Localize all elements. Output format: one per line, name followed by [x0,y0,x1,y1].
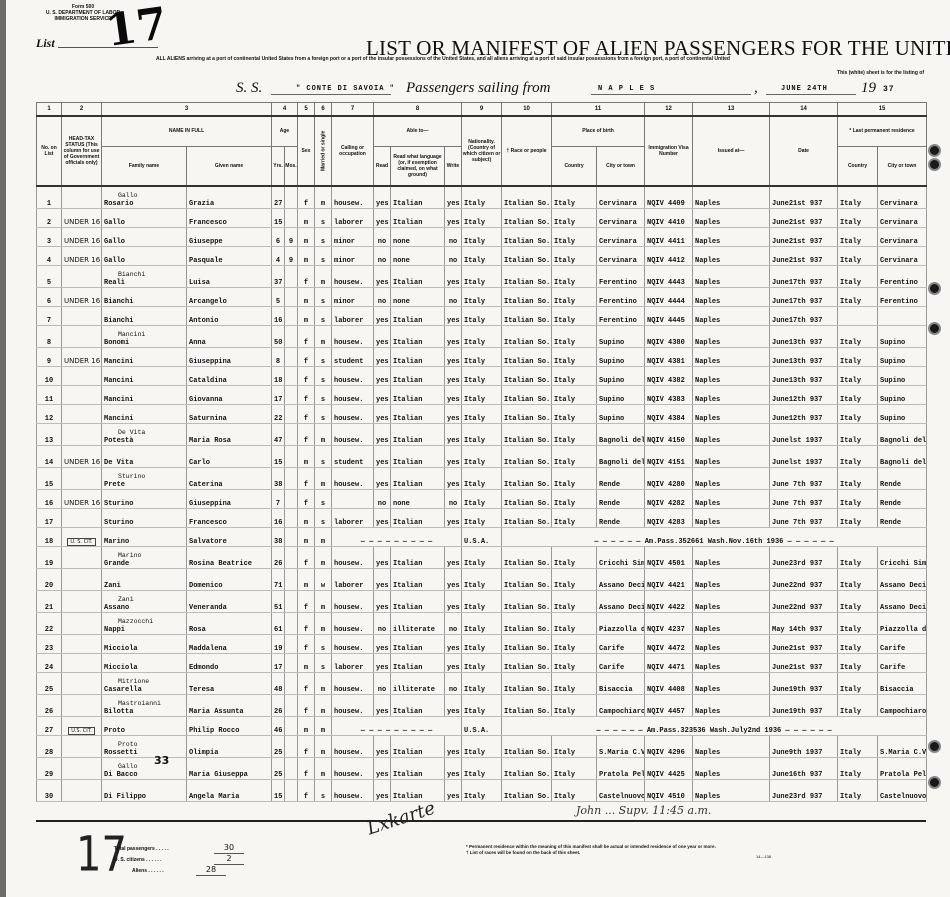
cell-bcountry: Italy [552,634,597,653]
cell-issued: Naples [693,246,770,265]
punch-hole-icon [928,740,941,753]
family-name: Realì [104,279,125,287]
cell-rcity: Bisaccia [878,672,927,694]
cell-head-tax [62,325,102,347]
cell-rcountry: Italy [838,634,878,653]
cell-read: no [374,489,391,508]
cell-visa: NQIV 4380 [645,325,693,347]
cell-write: no [445,246,462,265]
cell-sex: m [298,227,315,246]
maiden-name: Zani [104,596,184,604]
cell-ms: m [315,672,332,694]
margin-stamp: 33 [154,754,169,767]
cell-sex: f [298,757,315,779]
cell-date: June22nd 937 [770,568,838,590]
cell-race: Italian So. [502,347,552,366]
cell-sex: m [298,445,315,467]
cell-date: June13th 937 [770,325,838,347]
cell-issued: Naples [693,672,770,694]
colnum: 1 [37,103,62,117]
column-numbers-row: 1 2 3 4 5 6 7 8 9 10 11 12 13 14 15 [37,103,927,117]
cell-head-tax: UNDER 16 [62,227,102,246]
cell-visa: NQIV 4412 [645,246,693,265]
cell-nat: Italy [462,568,502,590]
header-name-in-full: NAME IN FULL [102,116,272,146]
cell-visa: NQIV 4409 [645,186,693,208]
cell-nat: Italy [462,423,502,445]
cell-no: 5 [37,265,62,287]
cell-lang: Italian [391,423,445,445]
cell-visa: NQIV 4425 [645,757,693,779]
header-read: Read [374,146,391,186]
cell-head-tax [62,423,102,445]
cell-yrs: 71 [272,568,285,590]
form-code: 14—138 [756,854,771,859]
cell-issued: Naples [693,508,770,527]
under-16-stamp: UNDER 16 [64,458,100,466]
us-citizen-stamp: U. S. CIT. [67,538,95,546]
cell-head-tax [62,590,102,612]
cell-nat: Italy [462,546,502,568]
cell-given: Giuseppina [187,347,272,366]
cell-race: Italian So. [502,546,552,568]
cell-yrs: 15 [272,779,285,801]
cell-write: yes [445,653,462,672]
cell-ms: m [315,735,332,757]
cell-no: 10 [37,366,62,385]
sailing-date: JUNE 24TH [781,85,828,93]
maiden-name: Proto [104,741,184,749]
cell-given: Grazia [187,186,272,208]
cell-family-name: Mancini [102,366,187,385]
header-age: Age [272,116,298,146]
sheet-note: This (white) sheet is for the listing of [837,70,924,76]
cell-nat: Italy [462,366,502,385]
family-name: Nappi [104,626,125,634]
cell-rcountry [838,306,878,325]
cell-issued: Naples [693,366,770,385]
cell-no: 18 [37,527,62,546]
cell-rcountry: Italy [838,246,878,265]
under-16-stamp: UNDER 16 [64,297,100,305]
cell-no: 6 [37,287,62,306]
cell-calling: housew. [332,467,374,489]
table-row: 21ZaniAssanoVeneranda51fmhousew.yesItali… [37,590,927,612]
cell-sex: f [298,186,315,208]
cell-rcity: Bagnoli del Trigno [878,423,927,445]
cell-head-tax [62,735,102,757]
cell-ms: m [315,467,332,489]
cell-family-name: MitrioneCasarella [102,672,187,694]
table-row: 9UNDER 16ManciniGiuseppina8fsstudentyesI… [37,347,927,366]
cell-head-tax: UNDER 16 [62,208,102,227]
cell-race: Italian So. [502,246,552,265]
cell-given: Veneranda [187,590,272,612]
cell-sex: f [298,489,315,508]
cell-date: June 7th 937 [770,467,838,489]
family-name: Mancini [104,396,133,404]
cell-yrs: 50 [272,325,285,347]
table-row: 17SturinoFrancesco16mslaboreryesItaliany… [37,508,927,527]
cell-family-name: ZaniAssano [102,590,187,612]
cell-no: 26 [37,694,62,716]
punch-hole-icon [928,776,941,789]
cell-rcountry: Italy [838,779,878,801]
cell-rcity: Cricchi Simeri [878,546,927,568]
cell-ms: s [315,347,332,366]
cell-bcity: Cricchi Simeri [597,546,645,568]
cell-race: Italian So. [502,590,552,612]
cell-bcountry: Italy [552,366,597,385]
family-name: Rossetti [104,749,138,757]
cell-rcity: Ferentino [878,287,927,306]
cell-visa: NQIV 4411 [645,227,693,246]
cell-head-tax [62,612,102,634]
cell-no: 24 [37,653,62,672]
cell-bcountry: Italy [552,735,597,757]
cell-rcity: Supino [878,366,927,385]
cell-race: Italian So. [502,467,552,489]
cell-calling: housew. [332,186,374,208]
cell-family-name: Proto [102,716,187,735]
cell-nat: Italy [462,227,502,246]
punch-hole-icon [928,144,941,157]
cell-rcountry: Italy [838,568,878,590]
cell-rcountry: Italy [838,404,878,423]
table-row: 29GalloDi BaccoMaria Giuseppa25fmhousew.… [37,757,927,779]
header-res-city: City or town [878,146,927,186]
cell-read: yes [374,634,391,653]
cell-family-name: Bianchi [102,287,187,306]
cell-lang: none [391,287,445,306]
cell-date: June22nd 937 [770,590,838,612]
cell-bcity: Rende [597,467,645,489]
cell-family-name: De Vita [102,445,187,467]
cell-given: Giovanna [187,385,272,404]
cell-given: Luisa [187,265,272,287]
cell-write: no [445,672,462,694]
maiden-name: Mazzocchi [104,618,184,626]
maiden-name: Sturino [104,473,184,481]
cell-visa: NQIV 4408 [645,672,693,694]
cell-calling: housew. [332,735,374,757]
cell-race: Italian So. [502,265,552,287]
cell-bcountry: Italy [552,757,597,779]
cell-bcity: Supino [597,347,645,366]
cell-passport: — — — — — — Am.Pass.352661 Wash.Nov.16th… [502,527,927,546]
cell-given: Saturnina [187,404,272,423]
cell-bcity: Rende [597,508,645,527]
maiden-name: Mastroianni [104,700,184,708]
cell-rcity: Cervinara [878,186,927,208]
cell-mos [285,325,298,347]
cell-no: 3 [37,227,62,246]
header-given-name: Given name [187,146,272,186]
cell-no: 8 [37,325,62,347]
cell-visa: NQIV 4282 [645,489,693,508]
cell-no: 13 [37,423,62,445]
cell-mos [285,757,298,779]
header-issued-at: Issued at— [693,116,770,186]
cell-race: Italian So. [502,779,552,801]
cell-calling: housew. [332,546,374,568]
cell-race: Italian So. [502,757,552,779]
cell-rcity: Carife [878,634,927,653]
cell-head-tax: UNDER 16 [62,287,102,306]
table-row: 25MitrioneCasarellaTeresa48fmhousew.noil… [37,672,927,694]
cell-calling [332,489,374,508]
cell-visa: NQIV 4421 [645,568,693,590]
cell-date: June12th 937 [770,385,838,404]
colnum: 13 [693,103,770,117]
cell-visa: NQIV 4444 [645,287,693,306]
cell-issued: Naples [693,735,770,757]
cell-nat: Italy [462,612,502,634]
passport-info: Am.Pass.323536 Wash.July2nd 1936 [647,727,781,735]
cell-visa: NQIV 4443 [645,265,693,287]
cell-lang: illiterate [391,672,445,694]
cell-rcountry: Italy [838,423,878,445]
cell-head-tax [62,653,102,672]
cell-write: no [445,489,462,508]
cell-given: Anna [187,325,272,347]
cell-rcountry: Italy [838,546,878,568]
colnum: 8 [374,103,462,117]
cell-sex: m [298,527,315,546]
table-row: 26MastroianniBilottaMaria Assunta26fmhou… [37,694,927,716]
column-header-row-1: No. on List HEAD-TAX STATUS (This column… [37,116,927,146]
cell-visa: NQIV 4151 [645,445,693,467]
cell-nat: Italy [462,445,502,467]
cell-sex: f [298,385,315,404]
cell-ms: s [315,287,332,306]
cell-sex: f [298,265,315,287]
cell-race: Italian So. [502,653,552,672]
cell-rcity: Rende [878,508,927,527]
cell-visa: NQIV 4383 [645,385,693,404]
cell-bcity: Assano Decimo [597,590,645,612]
cell-write: yes [445,404,462,423]
cell-no: 7 [37,306,62,325]
cell-bcountry: Italy [552,445,597,467]
cell-yrs: 25 [272,735,285,757]
family-name: Bianchi [104,298,133,306]
cell-no: 1 [37,186,62,208]
header-yrs: Yrs. [272,146,285,186]
family-name: Prete [104,481,125,489]
cell-rcity [878,306,927,325]
colnum: 7 [332,103,374,117]
cell-yrs: 17 [272,653,285,672]
us-citizen-stamp: U.S. CIT. [68,727,95,735]
family-name: Casarella [104,686,142,694]
cell-lang: Italian [391,208,445,227]
cell-date: June17th 937 [770,306,838,325]
cell-bcity: S.Maria C.V. [597,735,645,757]
cell-rcity: Ferentino [878,265,927,287]
cell-yrs: 18 [272,366,285,385]
cell-read: yes [374,779,391,801]
cell-rcountry: Italy [838,347,878,366]
cell-no: 21 [37,590,62,612]
header-family-name: Family name [102,146,187,186]
cell-rcity: Bagnoli del Trigno [878,445,927,467]
cell-visa: NQIV 4150 [645,423,693,445]
table-row: 27U.S. CIT.ProtoPhilip Rocco46mm— — — — … [37,716,927,735]
cell-write: yes [445,590,462,612]
cell-head-tax [62,404,102,423]
cell-bcountry: Italy [552,653,597,672]
cell-race: Italian So. [502,227,552,246]
cell-issued: Naples [693,590,770,612]
cell-issued: Naples [693,445,770,467]
cell-read: yes [374,347,391,366]
cell-lang: Italian [391,186,445,208]
cell-race: Italian So. [502,445,552,467]
cell-bcountry: Italy [552,779,597,801]
cell-read: yes [374,404,391,423]
family-name: Gallo [104,257,125,265]
cell-sex: f [298,423,315,445]
cell-bcountry: Italy [552,590,597,612]
passenger-table: 1 2 3 4 5 6 7 8 9 10 11 12 13 14 15 [36,102,927,802]
cell-given: Caterina [187,467,272,489]
cell-write: yes [445,694,462,716]
cell-head-tax [62,568,102,590]
cell-read: yes [374,186,391,208]
cell-read: yes [374,546,391,568]
family-name: Sturino [104,519,133,527]
cell-family-name: MarinoGrande [102,546,187,568]
cell-mos [285,404,298,423]
cell-given: Arcangelo [187,287,272,306]
colnum: 4 [272,103,298,117]
cell-bcity: Piazzolla di Nola [597,612,645,634]
cell-race: Italian So. [502,366,552,385]
cell-read: yes [374,653,391,672]
cell-write: no [445,287,462,306]
cell-write: yes [445,265,462,287]
cell-bcountry: Italy [552,467,597,489]
cell-given: Teresa [187,672,272,694]
under-16-stamp: UNDER 16 [64,218,100,226]
cell-bcountry: Italy [552,508,597,527]
cell-issued: Naples [693,546,770,568]
cell-mos [285,694,298,716]
family-name: Mancini [104,415,133,423]
cell-calling: laborer [332,653,374,672]
cell-yrs: 51 [272,590,285,612]
cell-visa: NQIV 4381 [645,347,693,366]
cell-issued: Naples [693,757,770,779]
cell-ms: s [315,653,332,672]
cell-bcity: Pratola Peligna [597,757,645,779]
colnum: 3 [102,103,272,117]
cell-race: Italian So. [502,694,552,716]
cell-rcity: Cervinara [878,227,927,246]
family-name: Micciola [104,645,138,653]
manifest-page: Form 500 U. S. DEPARTMENT OF LABOR IMMIG… [6,0,950,897]
cell-race: Italian So. [502,306,552,325]
cell-mos [285,779,298,801]
cell-ms: s [315,489,332,508]
cell-mos: 9 [285,246,298,265]
cell-no: 20 [37,568,62,590]
cell-issued: Naples [693,287,770,306]
cell-family-name: Mancini [102,385,187,404]
cell-given: Antonio [187,306,272,325]
cell-bcity: Assano Decimo [597,568,645,590]
table-row: 28ProtoRossettiOlimpia25fmhousew.yesItal… [37,735,927,757]
cell-family-name: Gallo [102,227,187,246]
cell-given: Rosina Beatrice [187,546,272,568]
cell-yrs: 38 [272,527,285,546]
cell-read: yes [374,508,391,527]
cell-mos [285,672,298,694]
cell-bcountry: Italy [552,246,597,265]
passport-info: Am.Pass.352661 Wash.Nov.16th 1936 [645,538,784,546]
cell-visa: NQIV 4445 [645,306,693,325]
cell-no: 29 [37,757,62,779]
colnum: 12 [645,103,693,117]
under-16-stamp: UNDER 16 [64,237,100,245]
cell-read: yes [374,423,391,445]
cell-no: 4 [37,246,62,265]
cell-lang: Italian [391,325,445,347]
table-row: 7BianchiAntonio16mslaboreryesItalianyesI… [37,306,927,325]
cell-rcity: Pratola Peligna [878,757,927,779]
cell-sex: f [298,325,315,347]
cell-rcountry: Italy [838,694,878,716]
cell-yrs: 7 [272,489,285,508]
cell-visa: NQIV 4280 [645,467,693,489]
cell-write: no [445,612,462,634]
cell-issued: Naples [693,265,770,287]
cell-yrs: 17 [272,385,285,404]
cell-mos [285,347,298,366]
cell-rcity: Cervinara [878,208,927,227]
cell-family-name: Bianchi [102,306,187,325]
cell-race: Italian So. [502,423,552,445]
cell-rcountry: Italy [838,227,878,246]
cell-bcity: Ferentino [597,306,645,325]
header-write: Write [445,146,462,186]
cell-bcity: Supino [597,404,645,423]
cell-calling: student [332,347,374,366]
cell-ms: m [315,527,332,546]
cell-yrs: 46 [272,716,285,735]
cell-yrs: 61 [272,612,285,634]
cell-head-tax [62,467,102,489]
passenger-rows: 1GalloRosarioGrazia27fmhousew.yesItalian… [37,186,927,801]
table-row: 6UNDER 16BianchiArcangelo5msminornononen… [37,287,927,306]
cell-bcity: Bagnoli del Trigno [597,423,645,445]
cell-mos [285,508,298,527]
table-row: 23MicciolaMaddalena19fshousew.yesItalian… [37,634,927,653]
footnote-races: † List of races will be found on the bac… [466,850,716,856]
cell-bcity: Cervinara [597,246,645,265]
cell-write: yes [445,546,462,568]
cell-read: yes [374,590,391,612]
cell-calling: minor [332,227,374,246]
cell-read: yes [374,757,391,779]
cell-yrs: 37 [272,265,285,287]
cell-given: Domenico [187,568,272,590]
cell-nat: Italy [462,653,502,672]
table-row: 3UNDER 16GalloGiuseppe69msminornononenoI… [37,227,927,246]
cell-rcity: Supino [878,404,927,423]
cell-nat: Italy [462,347,502,366]
